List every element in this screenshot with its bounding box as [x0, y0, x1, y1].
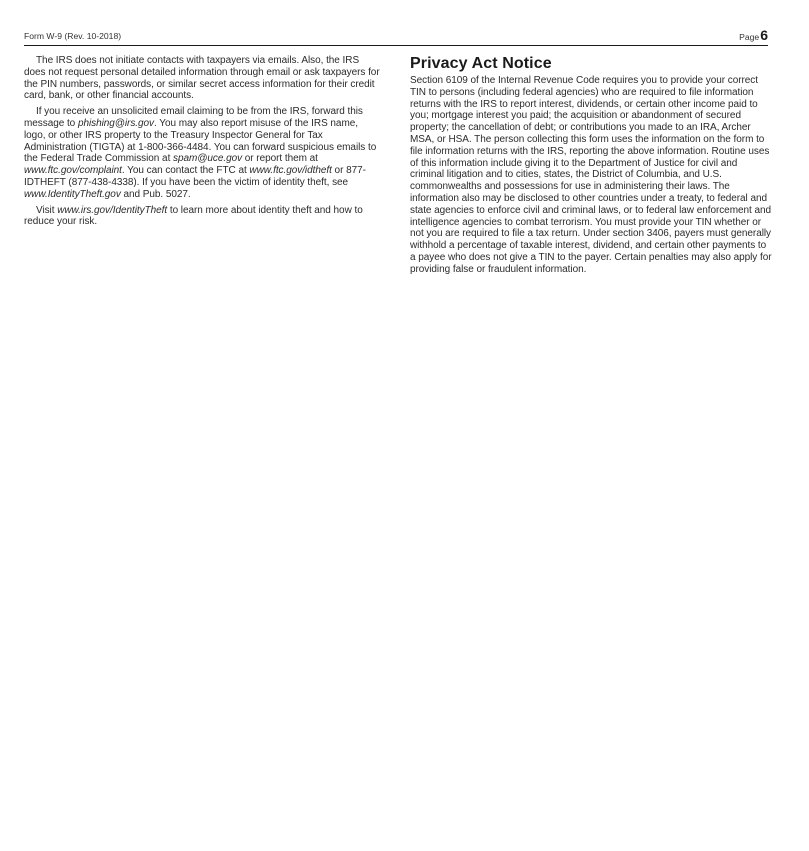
link-text: www.ftc.gov/idtheft	[249, 165, 331, 176]
link-text: spam@uce.gov	[173, 153, 242, 164]
privacy-act-notice-heading: Privacy Act Notice	[410, 54, 772, 73]
paragraph-privacy-act: Section 6109 of the Internal Revenue Cod…	[410, 75, 772, 276]
paragraph-irs-no-email: The IRS does not initiate contacts with …	[24, 55, 382, 102]
form-identifier: Form W-9 (Rev. 10-2018)	[24, 31, 121, 41]
link-text: www.IdentityTheft.gov	[24, 189, 121, 200]
paragraph-report-phishing: If you receive an unsolicited email clai…	[24, 106, 382, 200]
right-column: Privacy Act Notice Section 6109 of the I…	[410, 54, 772, 280]
paragraph-visit-identity-theft: Visit www.irs.gov/IdentityTheft to learn…	[24, 205, 382, 229]
page-number-value: 6	[760, 27, 768, 43]
link-text: www.irs.gov/IdentityTheft	[57, 205, 167, 216]
link-text: www.ftc.gov/complaint	[24, 165, 122, 176]
page-number: Page6	[739, 27, 768, 43]
left-column: The IRS does not initiate contacts with …	[24, 55, 382, 232]
link-text: phishing@irs.gov	[78, 118, 154, 129]
page-label: Page	[739, 32, 759, 42]
page-header: Form W-9 (Rev. 10-2018) Page6	[24, 29, 768, 46]
